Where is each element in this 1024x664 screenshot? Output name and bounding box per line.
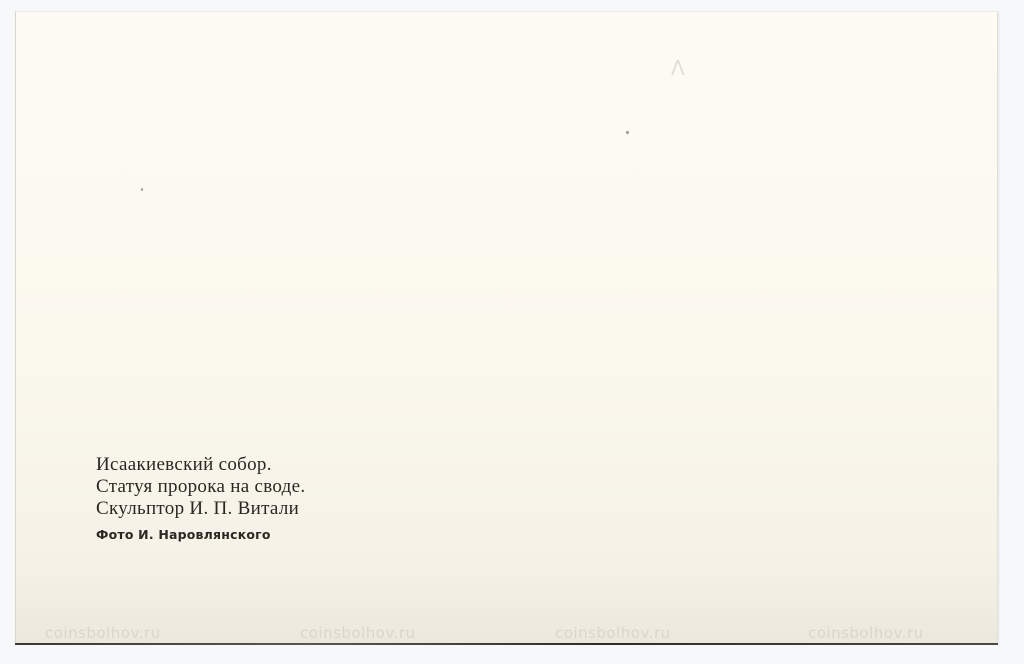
caption-title: Исаакиевский собор. [96,454,305,476]
pencil-mark: Λ [671,56,685,80]
watermark: coinsbolhov.ru [555,624,671,642]
photo-credit: Фото И. Наровлянского [96,524,305,546]
caption-sculptor: Скульптор И. П. Витали [96,498,305,520]
postcard-back: Λ Исаакиевский собор. Статуя пророка на … [15,11,998,643]
caption-subject: Статуя пророка на своде. [96,476,305,498]
watermark: coinsbolhov.ru [808,624,924,642]
watermark: coinsbolhov.ru [45,624,161,642]
postcard-caption: Исаакиевский собор. Статуя пророка на св… [96,454,305,546]
paper-speck [626,131,629,134]
watermark: coinsbolhov.ru [300,624,416,642]
paper-speck [141,188,143,191]
